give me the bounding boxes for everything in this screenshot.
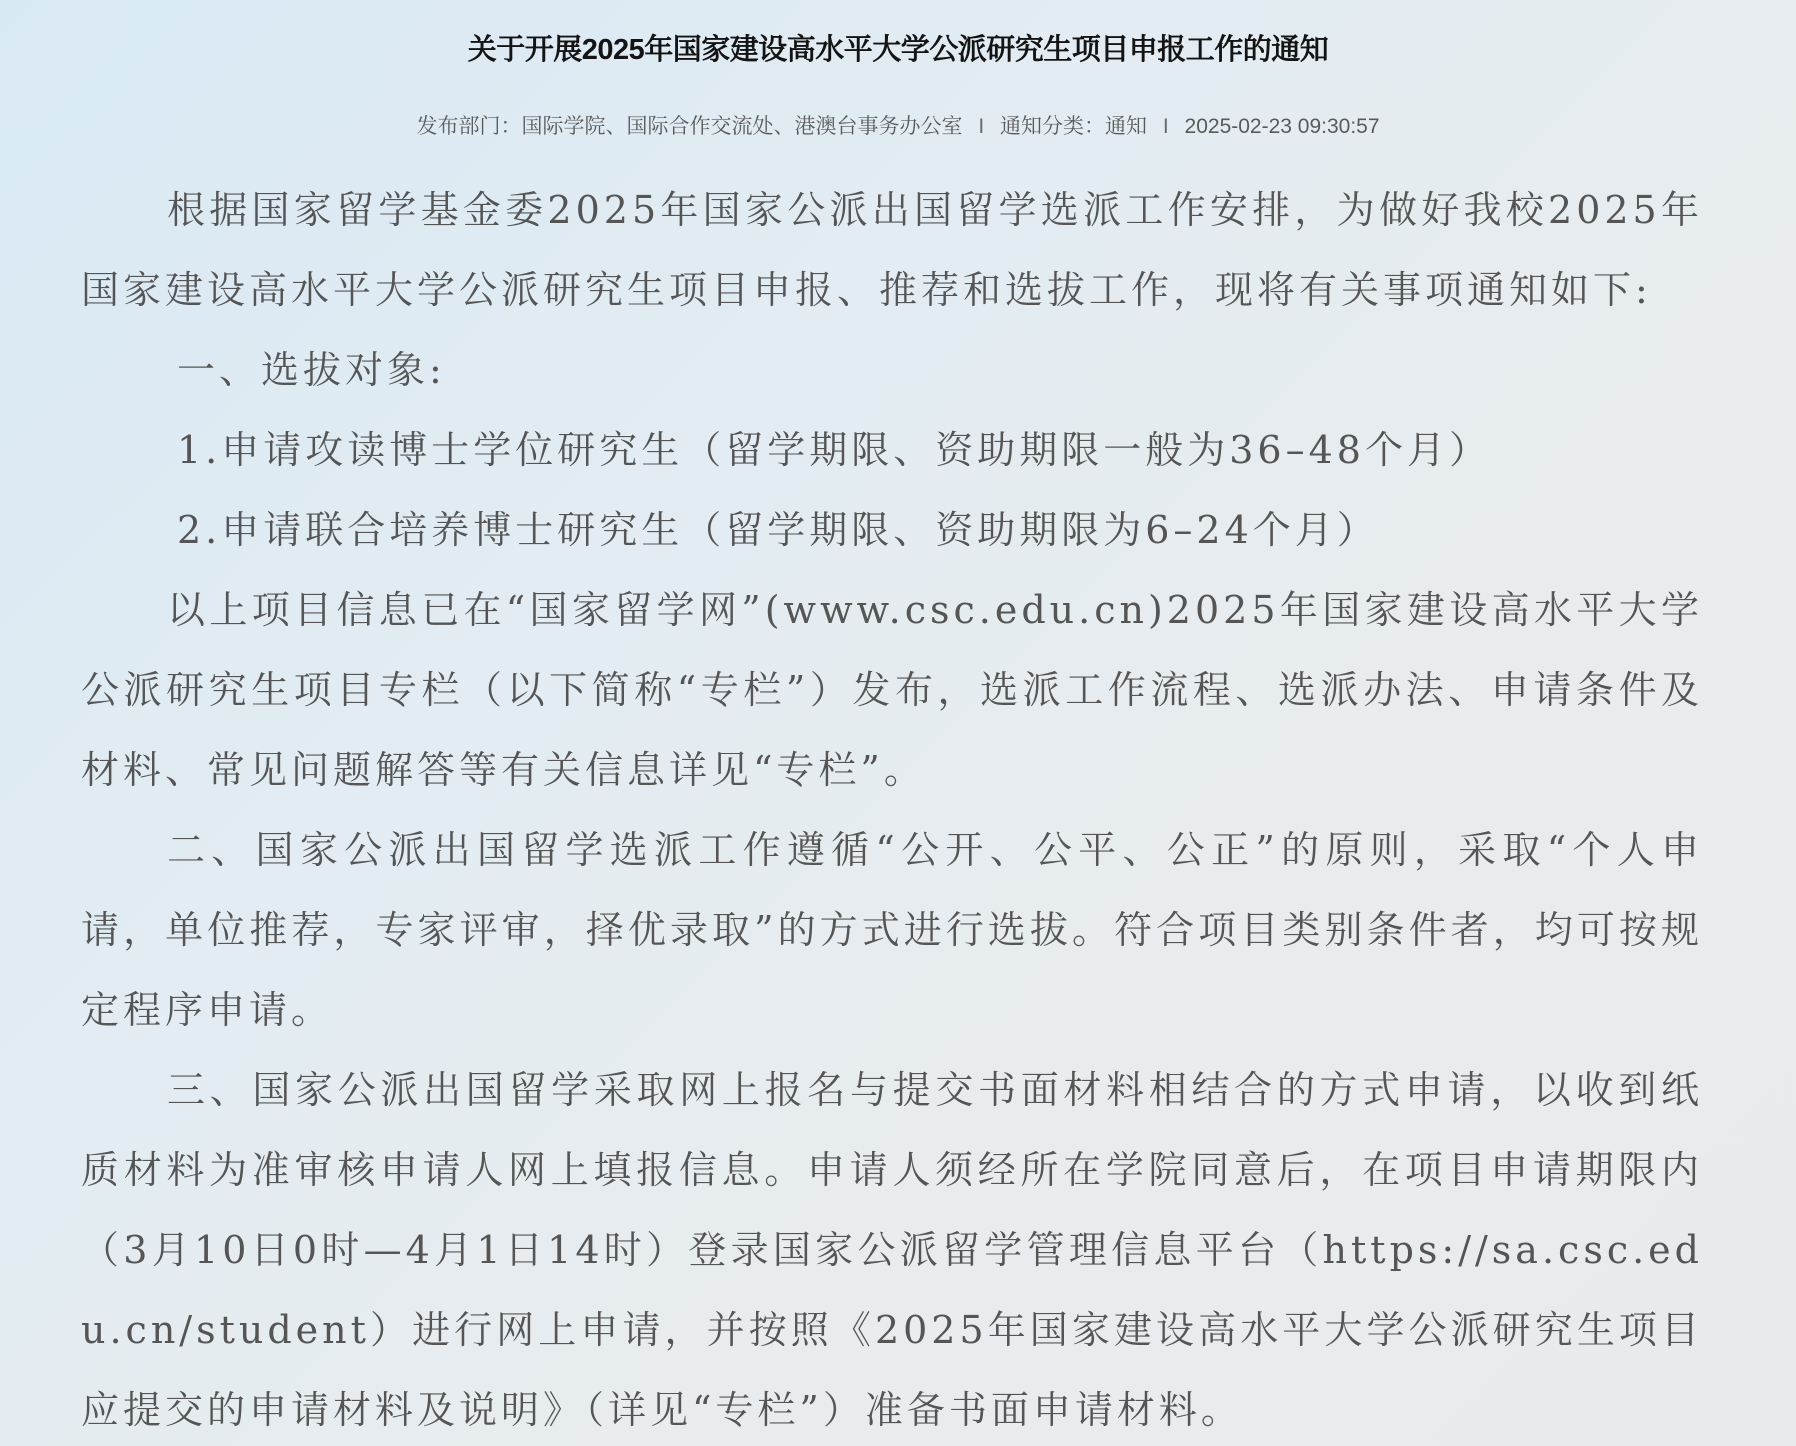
meta-separator: I	[978, 112, 984, 142]
paragraph-selection-principles: 二、国家公派出国留学选派工作遵循“公开、公平、公正”的原则，采取“个人申请，单位…	[81, 810, 1703, 1050]
section-heading-selection-targets: 一、选拔对象:	[81, 330, 1703, 410]
department-label: 发布部门：	[416, 115, 521, 138]
paragraph-intro: 根据国家留学基金委2025年国家公派出国留学选派工作安排，为做好我校2025年国…	[81, 170, 1703, 330]
article-body: 根据国家留学基金委2025年国家公派出国留学选派工作安排，为做好我校2025年国…	[81, 170, 1703, 1446]
category-value: 通知	[1105, 115, 1147, 138]
department-value: 国际学院、国际合作交流处、港澳台事务办公室	[521, 115, 962, 138]
list-item-phd-degree: 1.申请攻读博士学位研究生（留学期限、资助期限一般为36–48个月）	[81, 410, 1703, 490]
paragraph-project-info: 以上项目信息已在“国家留学网”(www.csc.edu.cn)2025年国家建设…	[81, 570, 1703, 810]
article-meta: 发布部门：国际学院、国际合作交流处、港澳台事务办公室 I 通知分类：通知 I 2…	[0, 112, 1796, 142]
category-label: 通知分类：	[1000, 115, 1105, 138]
meta-separator: I	[1163, 112, 1169, 142]
notice-page: 关于开展2025年国家建设高水平大学公派研究生项目申报工作的通知 发布部门：国际…	[0, 0, 1796, 1446]
list-item-joint-phd: 2.申请联合培养博士研究生（留学期限、资助期限为6–24个月）	[81, 490, 1703, 570]
paragraph-application-method: 三、国家公派出国留学采取网上报名与提交书面材料相结合的方式申请，以收到纸质材料为…	[81, 1050, 1703, 1446]
publish-timestamp: 2025-02-23 09:30:57	[1185, 115, 1380, 138]
page-title: 关于开展2025年国家建设高水平大学公派研究生项目申报工作的通知	[0, 30, 1796, 70]
